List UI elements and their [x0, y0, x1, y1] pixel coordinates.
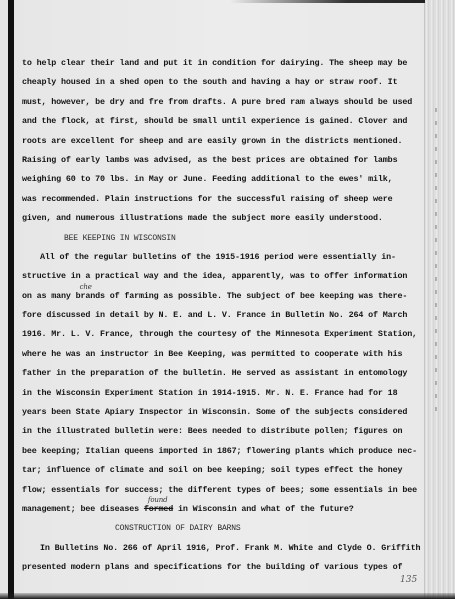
bottom-scan-shadow	[0, 593, 455, 599]
binding-spine	[8, 0, 14, 599]
annotated-word: brandsche	[76, 287, 105, 306]
document-body: to help clear their land and put it in c…	[22, 54, 412, 578]
paragraph-bee-keeping: All of the regular bulletins of the 1915…	[22, 248, 412, 519]
text-fragment: on as many	[22, 291, 76, 301]
text-fragment: in Wisconsin and what of the future?	[173, 504, 353, 514]
text-line: in the illustrated bulletin were: Bees n…	[22, 422, 412, 441]
text-line: In Bulletins No. 266 of April 1916, Prof…	[22, 539, 412, 558]
text-line: cheaply housed in a shed open to the sou…	[22, 73, 412, 92]
text-line: was recommended. Plain instructions for …	[22, 190, 412, 209]
edge-marks	[435, 108, 439, 558]
text-line: given, and numerous illustrations made t…	[22, 209, 412, 228]
text-fragment: management; bee diseases	[22, 504, 144, 514]
text-line: in the Wisconsin Experiment Station in 1…	[22, 384, 412, 403]
text-line: where he was an instructor in Bee Keepin…	[22, 345, 412, 364]
text-line: years been State Apiary Inspector in Wis…	[22, 403, 412, 422]
text-line: All of the regular bulletins of the 1915…	[22, 248, 412, 267]
text-line: flow; essentials for success; the differ…	[22, 481, 412, 500]
section-heading-dairy-barns: CONSTRUCTION OF DAIRY BARNS	[22, 519, 412, 538]
text-line: Raising of early lambs was advised, as t…	[22, 151, 412, 170]
text-line: weighing 60 to 70 lbs. in May or June. F…	[22, 170, 412, 189]
book-page-edges	[424, 0, 455, 599]
handwritten-correction: found	[148, 491, 168, 510]
text-line: bee keeping; Italian queens imported in …	[22, 442, 412, 461]
handwritten-correction: che	[80, 278, 92, 297]
top-scan-shadow	[230, 0, 425, 3]
text-line: father in the preparation of the bulleti…	[22, 364, 412, 383]
paragraph-sheep: to help clear their land and put it in c…	[22, 54, 412, 229]
text-line: roots are excellent for sheep and are ea…	[22, 132, 412, 151]
section-heading-bee-keeping: BEE KEEPING IN WISCONSIN	[22, 229, 412, 248]
page-number: 135	[400, 575, 417, 585]
text-line: management; bee diseases formedfound in …	[22, 500, 412, 519]
text-line: must, however, be dry and fre from draft…	[22, 93, 412, 112]
text-line: on as many brandsche of farming as possi…	[22, 287, 412, 306]
annotated-word: formedfound	[144, 500, 173, 519]
text-line: fore discussed in detail by N. E. and L.…	[22, 306, 412, 325]
text-line: 1916. Mr. L. V. France, through the cour…	[22, 325, 412, 344]
text-line: presented modern plans and specification…	[22, 558, 412, 577]
text-line: and the flock, at first, should be small…	[22, 112, 412, 131]
paragraph-dairy-barns: In Bulletins No. 266 of April 1916, Prof…	[22, 539, 412, 578]
text-line: tar; influence of climate and soil on be…	[22, 461, 412, 480]
text-fragment: of farming as possible. The subject of b…	[105, 291, 407, 301]
scanned-page: to help clear their land and put it in c…	[0, 0, 455, 599]
text-line: to help clear their land and put it in c…	[22, 54, 412, 73]
